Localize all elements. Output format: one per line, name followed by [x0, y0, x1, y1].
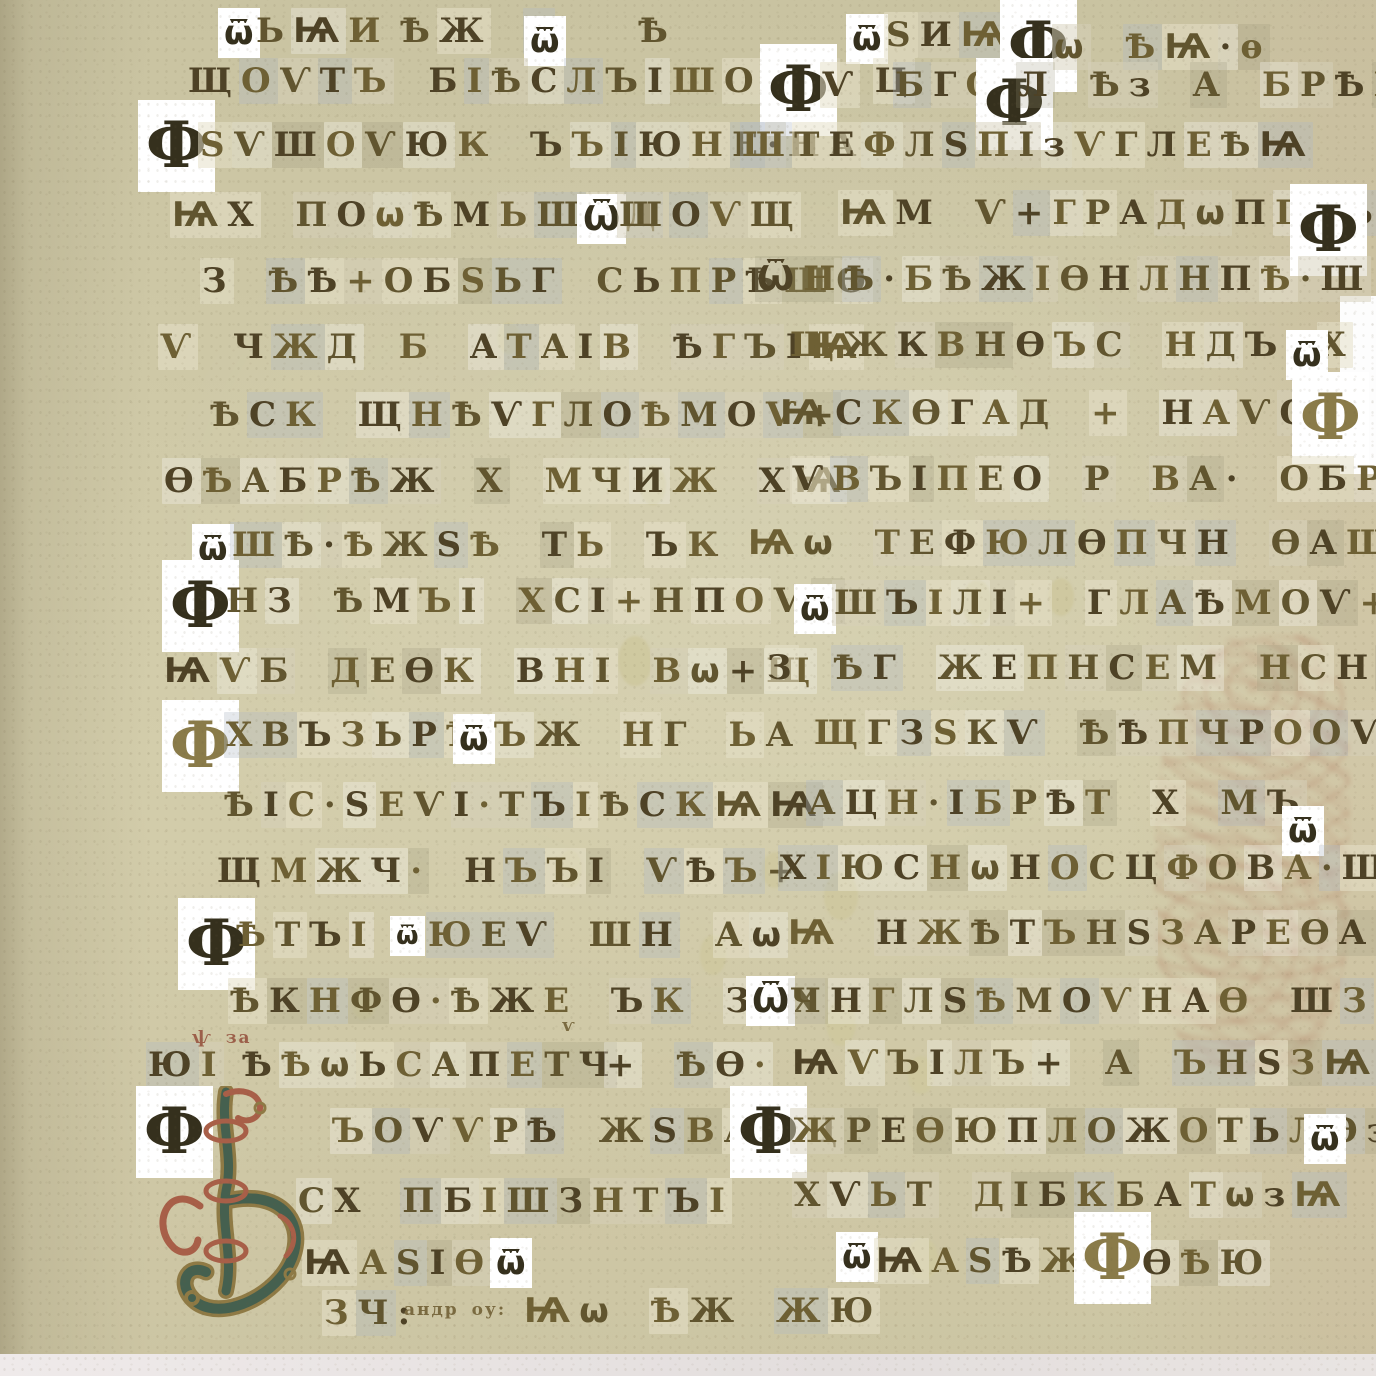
letter-tile: І — [707, 1178, 732, 1224]
letter-tile: Ш — [534, 192, 586, 238]
highlighted-letter-tile: ѿ — [192, 524, 234, 574]
letter-tile: Ѳ — [713, 1042, 752, 1088]
parchment-stain — [826, 1000, 856, 1046]
letter-tile: Ъ — [307, 912, 349, 958]
highlighted-letter-tile: ѿ — [218, 8, 260, 58]
letter-tile: І — [1033, 256, 1058, 302]
letter-tile: И — [346, 8, 387, 54]
letter-tile: Ѣ — [449, 978, 488, 1024]
letter-tile: Е — [1142, 645, 1177, 691]
letter-tile: З — [265, 578, 299, 624]
letter-tile: В — [761, 58, 799, 104]
letter-tile: І — [645, 58, 670, 104]
letter-tile: Б — [426, 58, 464, 104]
letter-tile: + — [1013, 190, 1051, 236]
letter-tile: А — [764, 712, 801, 758]
letter-tile: С — [637, 782, 673, 828]
letter-tile: + — [604, 1042, 642, 1088]
letter-tile: Ѣ — [1088, 62, 1127, 108]
letter-tile: Ъ — [417, 578, 459, 624]
letter-tile: Ѳ — [1269, 520, 1308, 566]
letter-tile: з — [1127, 62, 1158, 108]
letter-tile: Ж — [437, 8, 491, 54]
letter-tile: Ж — [1039, 1238, 1093, 1284]
letter-tile: І — [947, 780, 972, 826]
letter-tile: П — [1114, 520, 1155, 566]
letter-tile: Г — [1085, 580, 1117, 626]
letter-tile: Х — [474, 458, 509, 504]
letter-tile: Ѵ — [450, 1108, 490, 1154]
letter-tile: З — [1340, 978, 1374, 1024]
letter-tile: Р — [490, 1108, 525, 1154]
letter-tile: А — [722, 1108, 759, 1154]
letter-tile: Ц — [1123, 845, 1165, 891]
letter-tile: Л — [561, 392, 600, 438]
letter-tile: Ъ — [330, 1108, 372, 1154]
letter-tile: Ж — [1123, 1108, 1177, 1154]
letter-tile: Ш — [587, 912, 639, 958]
letter-tile: Ѵ — [411, 782, 451, 828]
letter-tile: Р — [1010, 780, 1045, 826]
letter-tile: Ж — [790, 1108, 844, 1154]
letter-tile: І — [199, 1042, 224, 1088]
parchment-stain — [1048, 578, 1074, 616]
letter-tile: Л — [1137, 256, 1176, 302]
letter-tile: Ѣ — [228, 978, 267, 1024]
highlighted-letter-tile: ѿ — [794, 584, 836, 634]
letter-tile: Ѵ — [232, 122, 272, 168]
letter-tile: І — [926, 580, 951, 626]
letter-tile: Ѕ — [931, 710, 965, 756]
letter-tile: П — [1232, 190, 1273, 236]
letter-tile: І — [784, 324, 809, 370]
letter-tile: І — [451, 782, 476, 828]
letter-tile: Ѵ — [708, 192, 748, 238]
letter-tile: И — [918, 12, 959, 58]
letter-tile: Д — [624, 192, 663, 238]
letter-tile: І — [1016, 122, 1041, 168]
letter-tile: Ѩ — [162, 648, 217, 694]
letter-tile: Ѕ — [1255, 1040, 1289, 1086]
parchment-stain — [908, 1056, 934, 1094]
letter-run: ѲѢАБРѢЖ Х МЧИЖ ХѨ — [162, 458, 847, 504]
letter-tile: Ѣ — [671, 324, 710, 370]
letter-tile: Ч — [231, 324, 271, 370]
letter-tile: Н — [801, 256, 842, 302]
letter-tile: Ь — [492, 258, 529, 304]
letter-tile: Л — [1117, 580, 1156, 626]
letter-tile: З — [322, 1290, 356, 1336]
letter-tile: Н — [639, 912, 680, 958]
letter-tile: Л — [1036, 520, 1075, 566]
letter-tile: І — [349, 912, 374, 958]
letter-tile: І — [1011, 1172, 1036, 1218]
letter-tile: О — [239, 58, 278, 104]
letter-tile: Ю — [636, 122, 689, 168]
letter-tile: Ѩ — [522, 1288, 577, 1334]
letter-tile: Ѕ — [966, 1238, 1000, 1284]
letter-tile: Ѵ — [1004, 710, 1044, 756]
highlighted-letter-tile: Ф — [1074, 1212, 1151, 1304]
letter-tile: Д — [1154, 190, 1193, 236]
letter-tile: Ѣ — [266, 258, 305, 304]
letter-tile: Ѣ — [1044, 780, 1083, 826]
letter-tile: Н — [1162, 322, 1203, 368]
letter-tile: Н — [462, 848, 503, 894]
letter-tile: Ь — [630, 258, 667, 304]
letter-tile: К — [686, 522, 726, 568]
letter-run: Ѣ — [636, 8, 675, 54]
letter-tile: · — [765, 122, 786, 168]
letter-tile: Ш — [1288, 978, 1340, 1024]
highlighted-letter-tile: Ф — [730, 1086, 807, 1178]
letter-tile: В — [1149, 456, 1187, 502]
letter-tile: Щ — [356, 392, 409, 438]
letter-tile: Л — [564, 58, 603, 104]
letter-tile: Ѣ — [1259, 256, 1298, 302]
letter-tile: М — [268, 848, 315, 894]
letter-tile: Н — [1096, 256, 1137, 302]
letter-tile: І — [479, 1178, 504, 1224]
letter-tile: Ѳ — [834, 258, 873, 304]
letter-tile: Т — [273, 912, 307, 958]
letter-tile: Б — [1260, 62, 1298, 108]
letter-tile: П — [1218, 256, 1259, 302]
letter-tile: О — [372, 1108, 411, 1154]
letter-tile: С — [247, 392, 283, 438]
letter-tile: Ѣ — [450, 392, 489, 438]
letter-tile: Н — [972, 322, 1013, 368]
letter-tile: з — [1262, 1172, 1293, 1218]
letter-tile: Ѣ — [305, 258, 344, 304]
letter-run: ШѢ·ѢЖЅѢ ТЬ ЪК — [230, 522, 725, 568]
parchment-stain — [640, 465, 666, 505]
letter-tile: Ѣ — [240, 1042, 279, 1088]
letter-tile: П — [1155, 710, 1196, 756]
letter-tile: Ъ — [1265, 780, 1307, 826]
letter-tile: Ѣ — [201, 458, 240, 504]
letter-tile: К — [283, 392, 323, 438]
letter-run: ЬѨИ — [254, 8, 387, 54]
letter-tile: · — [881, 256, 902, 302]
letter-tile: Ъ — [492, 712, 534, 758]
letter-tile: Б — [893, 62, 931, 108]
letter-tile: Н — [1084, 910, 1125, 956]
letter-tile: Ю — [146, 1042, 199, 1088]
letter-tile: Ѳ — [909, 390, 948, 436]
letter-tile: Ѩ — [746, 520, 801, 566]
letter-tile: І — [586, 848, 611, 894]
letter-tile: Г — [1050, 190, 1082, 236]
letter-run: ЩОѴТЪ БІѢСЛЪІШОВЪ Ц — [186, 58, 915, 104]
letter-tile: Ѵ — [158, 324, 198, 370]
letter-tile: : — [396, 1290, 418, 1336]
letter-tile: Ѩ — [768, 782, 823, 828]
letter-tile: Ѣ — [831, 645, 870, 691]
letter-tile: ѡ — [801, 520, 840, 566]
letter-tile: В — [650, 648, 688, 694]
letter-tile: В — [935, 322, 973, 368]
letter-tile: А — [1152, 1172, 1189, 1218]
letter-tile: + — [1015, 580, 1053, 626]
letter-tile: Б — [420, 258, 458, 304]
letter-tile: Ѣ — [940, 256, 979, 302]
letter-tile: Ѕ — [434, 522, 468, 568]
letter-run: ШЪІЛІ+ ГЛАѢМОѴ+ѨѢ — [832, 580, 1376, 626]
letter-tile: Ъ — [570, 122, 612, 168]
letter-tile: Т — [1189, 1172, 1223, 1218]
letter-tile: Т — [318, 58, 352, 104]
letter-tile: Ѵ — [410, 1108, 450, 1154]
letter-tile: Г — [931, 62, 963, 108]
letter-run: ЩЖКВНѲЪС НДЪ Х — [788, 322, 1353, 368]
letter-tile: Ѩ — [792, 458, 847, 504]
letter-tile: Т — [540, 522, 574, 568]
letter-tile: К — [441, 648, 481, 694]
letter-tile: О — [335, 192, 374, 238]
letter-tile: О — [1010, 456, 1049, 502]
letter-run: ЅИѨ — [884, 12, 1014, 58]
letter-tile: Ѣ — [743, 258, 782, 304]
letter-tile: Г — [869, 978, 901, 1024]
letter-tile: Н — [224, 578, 265, 624]
letter-tile: З — [339, 712, 373, 758]
letter-tile: О — [1060, 978, 1099, 1024]
letter-tile: П — [668, 258, 709, 304]
letter-tile: Л — [903, 122, 942, 168]
letter-tile: О — [722, 58, 761, 104]
letter-tile: Ю — [426, 912, 479, 958]
letter-tile: А — [827, 122, 864, 168]
letter-tile: А — [1201, 390, 1238, 436]
letter-tile: Ѣ — [468, 522, 507, 568]
highlighted-letter-tile: ѿ — [836, 1232, 878, 1282]
letter-tile: Ѣ — [1219, 122, 1258, 168]
letter-tile: Д — [972, 1172, 1011, 1218]
letter-tile: Ѣ — [489, 58, 528, 104]
letter-run: ѨМ Ѵ+ГРАДѡПГ ЪЦ — [838, 190, 1376, 236]
letter-tile: Ъ — [603, 58, 645, 104]
letter-tile: Х — [792, 1172, 827, 1218]
letter-tile: Ф — [861, 122, 902, 168]
letter-tile: М — [893, 190, 940, 236]
letter-tile: Т — [1216, 1108, 1250, 1154]
letter-tile: Ш — [832, 580, 884, 626]
letter-tile: Ѩ — [1258, 122, 1313, 168]
letter-tile: Ж — [670, 458, 724, 504]
highlighted-letter-tile: Ф — [976, 58, 1053, 150]
letter-tile: Ѕ — [198, 122, 232, 168]
letter-tile: Н — [1139, 978, 1180, 1024]
letter-tile: О — [669, 192, 708, 238]
letter-tile: С — [1298, 645, 1334, 691]
letter-tile: · — [322, 782, 343, 828]
letter-tile: ѡ — [968, 845, 1007, 891]
letter-tile: Г — [870, 645, 902, 691]
letter-tile: Е — [367, 648, 402, 694]
letter-tile: С — [833, 390, 869, 436]
letter-tile: ѡ — [1052, 24, 1091, 70]
letter-tile: О — [1085, 1108, 1124, 1154]
letter-run: З ѢГ ЖЕПНСЕМ НСНѨ — [765, 645, 1376, 691]
letter-tile: Е — [479, 912, 514, 958]
letter-tile: Ѩ — [713, 782, 768, 828]
letter-tile: Ю — [952, 1108, 1005, 1154]
letter-tile: Ч — [1196, 710, 1236, 756]
letter-tile: Ѣ — [1123, 24, 1162, 70]
letter-tile: Р — [709, 258, 744, 304]
letter-tile: · — [408, 848, 429, 894]
letter-tile: Т — [792, 122, 826, 168]
letter-tile: Л — [1046, 1108, 1085, 1154]
highlighted-letter-tile: Ф — [162, 560, 239, 652]
letter-tile: Ѣ — [282, 522, 321, 568]
letter-tile: + — [1358, 580, 1376, 626]
letter-tile: М — [1218, 780, 1265, 826]
letter-tile: Ч — [788, 978, 828, 1024]
letter-tile: С — [286, 782, 322, 828]
letter-tile: В — [1244, 845, 1282, 891]
letter-tile: ѡ — [688, 648, 727, 694]
letter-run: ЪОѴѴРѢ ЖЅВА Щ — [330, 1108, 844, 1154]
letter-tile: Щ — [812, 710, 865, 756]
letter-tile: Ж — [381, 522, 435, 568]
letter-tile: П — [466, 1042, 507, 1088]
letter-run: ХІЮСНѡНОСЦФОВА·Щ — [778, 845, 1376, 891]
letter-run: ЩГЗЅКѴ ѢѢПЧРООѴ — [812, 710, 1376, 756]
letter-tile: Ѣ — [279, 1042, 318, 1088]
letter-tile: Ѣ — [1116, 710, 1155, 756]
letter-tile: В — [830, 456, 868, 502]
letter-tile: З — [1288, 1040, 1322, 1086]
letter-tile: + — [727, 648, 765, 694]
letter-tile: Ѣ — [1193, 580, 1232, 626]
letter-tile: Н — [1334, 645, 1375, 691]
letter-tile: Ж — [774, 1288, 828, 1334]
letter-run: ѡ ѢѨ·ѳ — [1052, 24, 1270, 70]
letter-tile: І — [261, 782, 286, 828]
letter-tile: І — [909, 456, 934, 502]
letter-tile: П — [975, 122, 1016, 168]
letter-run: ѢЖ ѳ — [398, 8, 555, 54]
letter-tile: С — [552, 578, 588, 624]
letter-tile: С — [1087, 845, 1123, 891]
gloss-annotation: андр оу: — [404, 1300, 506, 1320]
letter-tile: В — [600, 324, 638, 370]
letter-tile: П — [293, 192, 334, 238]
letter-tile: Ѩ — [809, 324, 864, 370]
letter-tile: Ѵ — [827, 1172, 867, 1218]
letter-tile: Н — [590, 1178, 631, 1224]
letter-tile: Е — [907, 520, 942, 566]
letter-tile: Ѵ — [1348, 710, 1376, 756]
letter-tile: Р — [1237, 710, 1272, 756]
letter-tile: А — [980, 390, 1017, 436]
letter-tile: Р — [1228, 910, 1263, 956]
letter-tile: Л — [1016, 62, 1055, 108]
letter-tile: Ѵ — [489, 392, 529, 438]
letter-tile: Ѵ — [1099, 978, 1139, 1024]
highlighted-letter-tile: ѿ — [524, 16, 566, 66]
letter-tile: П — [934, 456, 975, 502]
letter-tile: з — [1041, 122, 1072, 168]
letter-run: ХѴЬТ ДІБКБАТѡзѨ — [792, 1172, 1347, 1218]
letter-tile: ѳ — [523, 8, 554, 54]
letter-tile: К — [1074, 1172, 1114, 1218]
letter-tile: С — [528, 58, 564, 104]
letter-tile: Ѣ — [674, 1042, 713, 1088]
letter-tile: ѡ — [749, 912, 788, 958]
letter-run: ЩМЖЧ· НЪЪІ ѴѢЪ+ — [215, 848, 802, 894]
letter-tile: З — [765, 645, 799, 691]
letter-tile: М — [1177, 645, 1224, 691]
highlighted-letter-tile: Ф — [1290, 184, 1367, 276]
letter-tile: Ѣ — [1333, 62, 1372, 108]
letter-tile: Ж — [915, 910, 969, 956]
letter-tile: Ѕ — [458, 258, 492, 304]
letter-run: ѢКНФѲ·ѢЖЕ ЪК З Х — [228, 978, 825, 1024]
letter-tile: Д — [1204, 322, 1243, 368]
right-edge-white-strip — [1340, 296, 1376, 474]
letter-tile: Ш — [782, 258, 834, 304]
letter-tile: Ѵ — [1237, 390, 1277, 436]
letter-tile: Ь — [726, 712, 763, 758]
parchment-stain — [908, 1238, 938, 1280]
letter-tile: М — [543, 458, 590, 504]
letter-tile: + — [1032, 1040, 1070, 1086]
letter-tile: Щ — [1340, 845, 1376, 891]
letter-tile: Ѿ — [755, 256, 801, 302]
letter-tile: + — [613, 578, 651, 624]
letter-run: ѨСКѲГАД + НАѴОѡ — [778, 390, 1355, 436]
letter-tile: І — [573, 782, 598, 828]
letter-tile: Н — [689, 122, 730, 168]
highlighted-letter-tile: Ѿ — [577, 194, 626, 244]
letter-tile: Ѩ — [790, 1040, 845, 1086]
letter-run: ѨѴБ ДЕѲК ВНІ Вѡ+Щ — [162, 648, 817, 694]
letter-tile: Ш — [230, 522, 282, 568]
letter-tile: Н — [874, 910, 915, 956]
letter-tile: Р — [314, 458, 349, 504]
letter-tile: Л — [1287, 1108, 1326, 1154]
letter-tile: Л — [1002, 62, 1041, 108]
letter-run: ЮЕѴ ШН Аѡ — [426, 912, 788, 958]
letter-tile: Ж — [979, 256, 1033, 302]
letter-tile: Е — [826, 122, 861, 168]
letter-tile: ѳ — [1238, 24, 1269, 70]
letter-tile: Щ — [1344, 520, 1376, 566]
letter-tile: Ѳ — [402, 648, 441, 694]
letter-run: З ѢѢ+ОБЅЬГ СЬПРѢШѲ — [200, 258, 873, 304]
letter-tile: А — [430, 1042, 467, 1088]
letter-tile: Ъ — [531, 782, 573, 828]
letter-tile: + — [1089, 390, 1127, 436]
letter-tile: С — [394, 1042, 430, 1088]
letter-tile: Ѣ — [412, 192, 451, 238]
letter-tile: Н — [1195, 520, 1236, 566]
letter-tile: Щ — [788, 322, 841, 368]
letter-tile: М — [370, 578, 417, 624]
letter-tile: К — [455, 122, 495, 168]
letter-tile: Е — [376, 782, 411, 828]
letter-tile: Ѣ — [1179, 1240, 1218, 1286]
letter-tile: Ѩ — [959, 12, 1014, 58]
letter-tile: Ѩ — [1162, 24, 1217, 70]
letter-tile: Ч — [1155, 520, 1195, 566]
letter-tile: А — [240, 458, 277, 504]
letter-tile: Ѳ — [1075, 520, 1114, 566]
letter-tile: П — [400, 1178, 441, 1224]
